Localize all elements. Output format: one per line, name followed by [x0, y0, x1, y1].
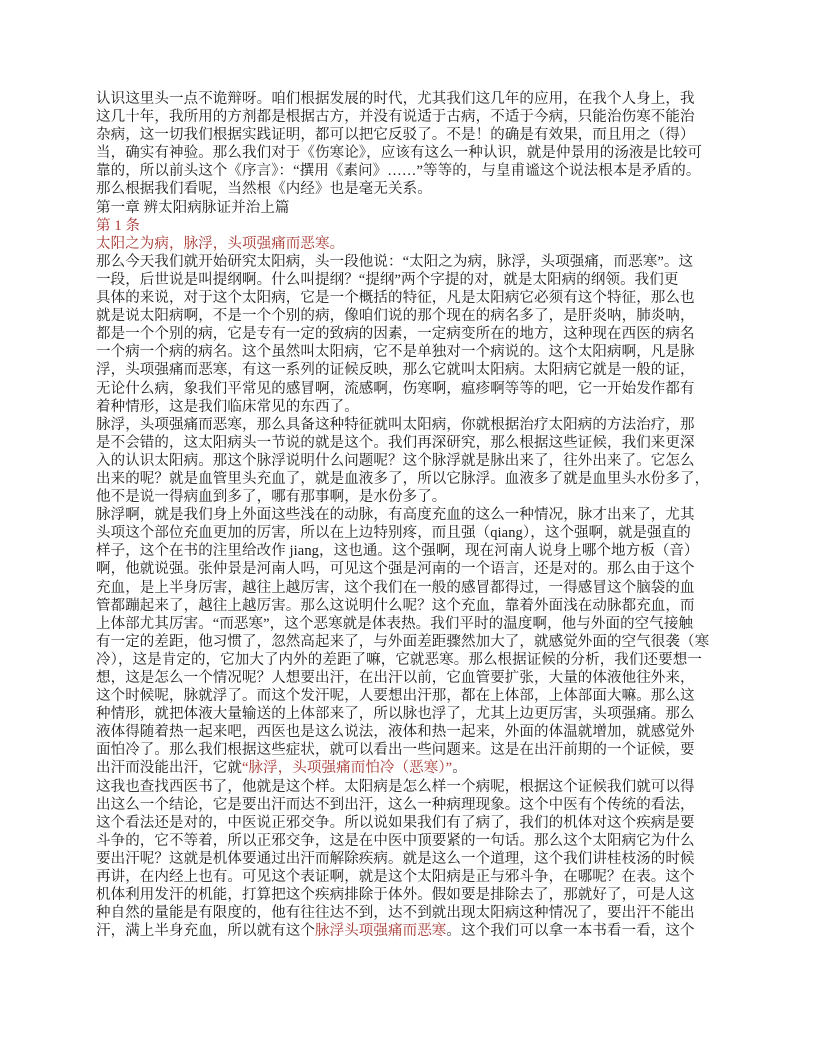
text-line: 入的认识太阳病。那这个脉浮说明什么问题呢？这个脉浮就是脉出来了，往外出来了。它怎…: [96, 452, 730, 470]
text-segment: 有一定的差距，他习惯了，忽然高起来了，与外面差距骤然加大了，就感觉外面的空气很袭…: [96, 634, 709, 650]
text-segment: 这几十年，我所用的方剂都是根据古方，并没有说适于古病，不适于今病，只能治伤寒不能…: [96, 109, 695, 125]
text-line: 他不是说一得病血到多了，哪有那事啊，是水份多了。: [96, 488, 730, 506]
text-line: 出来的呢？就是血管里头充血了，就是血液多了，所以它脉浮。血液多了就是血里头水份多…: [96, 470, 730, 488]
text-line: 就是说太阳病啊，不是一个个别的病，像咱们说的那个现在的病名多了，是肝炎呐，肺炎呐…: [96, 307, 730, 325]
document-page: 认识这里头一点不诡辩呀。咱们根据发展的时代，尤其我们这几年的应用，在我个人身上，…: [0, 0, 816, 1056]
text-segment: 种情形，就把体液大量输送的上体部来了，所以脉也浮了，尤其上边更厉害，头项强痛。那…: [96, 706, 695, 722]
text-line: 头项这个部位充血更加的厉害，所以在上边特别疼，而且强（qiang），这个强啊，就…: [96, 524, 730, 542]
paragraph-maifu-mechanism: 脉浮啊，就是我们身上外面这些浅在的动脉，有高度充血的这么一种情况，脉才出来了，尤…: [96, 506, 730, 777]
text-line: 靠的，所以前头这个《序言》：“撰用《素问》……”等等的，与皇甫谧这个说法根本是矛…: [96, 162, 730, 180]
text-line: 机体利用发汗的机能，打算把这个疾病排除于体外。假如要是排除去了，那就好了，可是人…: [96, 886, 730, 904]
text-line: 一段，后世说是叫提纲啊。什么叫提纲？“提纲”两个字提的对，就是太阳病的纲领。我们…: [96, 271, 730, 289]
text-line: 这个看法还是对的，中医说正邪交争。所以说如果我们有了病了，我们的机体对这个疾病是…: [96, 814, 730, 832]
text-line: 浮，头项强痛而恶寒，有这一系列的证候反映，那么它就叫太阳病。太阳病它就是一般的证…: [96, 361, 730, 379]
article-number: 第 1 条: [96, 217, 730, 235]
text-segment: 他不是说一得病血到多了，哪有那事啊，是水份多了。: [96, 489, 446, 505]
text-line: 这几十年，我所用的方剂都是根据古方，并没有说适于古病，不适于今病，只能治伤寒不能…: [96, 108, 730, 126]
text-segment: 管都蹦起来了，越往上越厉害。那么这说明什么呢？这个充血，靠着外面浅在动脉都充血，…: [96, 598, 695, 614]
text-segment: 想，这是怎么一个情况呢？人想要出汗，在出汗以前，它血管要扩张，大量的体液他往外来…: [96, 670, 695, 686]
highlighted-text-segment: 太阳之为病，脉浮，头项强痛而恶寒。: [96, 236, 344, 252]
highlighted-text-segment: 第 1 条: [96, 218, 140, 234]
text-line: 有一定的差距，他习惯了，忽然高起来了，与外面差距骤然加大了，就感觉外面的空气很袭…: [96, 633, 730, 651]
text-line: 种情形，就把体液大量输送的上体部来了，所以脉也浮了，尤其上边更厉害，头项强痛。那…: [96, 705, 730, 723]
chapter-heading: 第一章 辨太阳病脉证并治上篇: [96, 199, 730, 217]
text-segment: 就是说太阳病啊，不是一个个别的病，像咱们说的那个现在的病名多了，是肝炎呐，肺炎呐…: [96, 308, 695, 324]
text-segment: 。: [452, 760, 467, 776]
text-line: 都是一个个别的病，它是专有一定的致病的因素，一定病变所在的地方，这种现在西医的病…: [96, 325, 730, 343]
text-segment: 出来的呢？就是血管里头充血了，就是血液多了，所以它脉浮。血液多了就是血里头水份多…: [96, 471, 709, 487]
text-segment: 当，确实有神验。那么我们对于《伤寒论》，应该有这么一种认识，就是仲景用的汤液是比…: [96, 145, 702, 161]
text-line: 一个病一个病的病名。这个虽然叫太阳病，它不是单独对一个病说的。这个太阳病啊，凡是…: [96, 343, 730, 361]
text-line: 脉浮，头项强痛而恶寒，那么具备这种特征就叫太阳病，你就根据治疗太阳病的方法治疗，…: [96, 416, 730, 434]
text-line: 想，这是怎么一个情况呢？人想要出汗，在出汗以前，它血管要扩张，大量的体液他往外来…: [96, 669, 730, 687]
highlighted-text-segment: “脉浮，头项强痛而怕冷（恶寒）”: [242, 760, 452, 776]
text-segment: 脉浮啊，就是我们身上外面这些浅在的动脉，有高度充血的这么一种情况，脉才出来了，尤…: [96, 507, 695, 523]
text-segment: 种自然的量能是有限度的，他有往往达不到，达不到就出现太阳病这种情况了，要出汗不能…: [96, 905, 695, 921]
document-content: 认识这里头一点不诡辩呀。咱们根据发展的时代，尤其我们这几年的应用，在我个人身上，…: [96, 90, 730, 940]
paragraph-tigang: 那么今天我们就开始研究太阳病，头一段他说：“太阳之为病，脉浮，头项强痛，而恶寒”…: [96, 253, 730, 416]
text-segment: 第一章 辨太阳病脉证并治上篇: [96, 200, 290, 216]
text-segment: 那么今天我们就开始研究太阳病，头一段他说：“太阳之为病，脉浮，头项强痛，而恶寒”…: [96, 254, 693, 270]
text-segment: 都是一个个别的病，它是专有一定的致病的因素，一定病变所在的地方，这种现在西医的病…: [96, 326, 695, 342]
text-line: 面怕冷了。那么我们根据这些症状，就可以看出一些问题来。这是在出汗前期的一个证候，…: [96, 741, 730, 759]
text-segment: 一个病一个病的病名。这个虽然叫太阳病，它不是单独对一个病说的。这个太阳病啊，凡是…: [96, 344, 695, 360]
text-line: 汗，满上半身充血，所以就有这个脉浮头项强痛而恶寒。这个我们可以拿一本书看一看，这…: [96, 922, 730, 940]
text-line: 那么根据我们看呢，当然根《内经》也是毫无关系。: [96, 180, 730, 198]
text-line: 具体的来说，对于这个太阳病，它是一个概括的特征，凡是太阳病它必须有这个特征，那么…: [96, 289, 730, 307]
text-line: 这我也查找西医书了，他就是这个样。太阳病是怎么样一个病呢，根据这个证候我们就可以…: [96, 778, 730, 796]
text-segment: 液体得随着热一起来吧，西医也是这么说法，液体和热一起来，外面的体温就增加，就感觉…: [96, 724, 695, 740]
text-line: 斗争的，它不等着，所以正邪交争，这是在中医中顶要紧的一句话。那么这个太阳病它为什…: [96, 832, 730, 850]
text-line: 无论什么病，象我们平常见的感冒啊，流感啊，伤寒啊，瘟疹啊等等的吧，它一开始发作都…: [96, 380, 730, 398]
text-segment: 无论什么病，象我们平常见的感冒啊，流感啊，伤寒啊，瘟疹啊等等的吧，它一开始发作都…: [96, 381, 695, 397]
text-segment: 斗争的，它不等着，所以正邪交争，这是在中医中顶要紧的一句话。那么这个太阳病它为什…: [96, 833, 695, 849]
text-segment: 汗，满上半身充血，所以就有这个: [96, 923, 315, 939]
text-line: 上体部尤其厉害。“而恶寒”，这个恶寒就是体表热。我们平时的温度啊，他与外面的空气…: [96, 615, 730, 633]
text-line: 杂病，这一切我们根据实践证明，都可以把它反驳了。不是！的确是有效果，而且用之（得…: [96, 126, 730, 144]
text-line: 再讲，在内经上也有。可见这个表证啊，就是这个太阳病是正与邪斗争，在哪呢？在表。这…: [96, 868, 730, 886]
text-segment: 啊，他就说强。张仲景是河南人吗，可见这个强是河南的一个语言，还是对的。那么由于这…: [96, 561, 695, 577]
text-segment: 那么根据我们看呢，当然根《内经》也是毫无关系。: [96, 181, 432, 197]
text-line: 是不会错的，这太阳病头一节说的就是这个。我们再深研究，那么根据这些证候，我们来更…: [96, 434, 730, 452]
text-line: 冷），这是肯定的，它加大了内外的差距了嘛，它就恶寒。那么根据证候的分析，我们还要…: [96, 651, 730, 669]
text-segment: 靠的，所以前头这个《序言》：“撰用《素问》……”等等的，与皇甫谧这个说法根本是矛…: [96, 163, 700, 179]
text-segment: 着种情形，这是我们临床常见的东西了。: [96, 399, 359, 415]
article-original-text: 太阳之为病，脉浮，头项强痛而恶寒。: [96, 235, 730, 253]
text-segment: 出这么一个结论，它是要出汗而达不到出汗，这么一种病理现象。这个中医有个传统的看法…: [96, 797, 695, 813]
text-line: 第一章 辨太阳病脉证并治上篇: [96, 199, 730, 217]
text-segment: 出汗而没能出汗，它就: [96, 760, 242, 776]
text-segment: 面怕冷了。那么我们根据这些症状，就可以看出一些问题来。这是在出汗前期的一个证候，…: [96, 742, 695, 758]
text-segment: 这我也查找西医书了，他就是这个样。太阳病是怎么样一个病呢，根据这个证候我们就可以…: [96, 779, 695, 795]
text-line: 认识这里头一点不诡辩呀。咱们根据发展的时代，尤其我们这几年的应用，在我个人身上，…: [96, 90, 730, 108]
paragraph-intro: 认识这里头一点不诡辩呀。咱们根据发展的时代，尤其我们这几年的应用，在我个人身上，…: [96, 90, 730, 199]
text-segment: 具体的来说，对于这个太阳病，它是一个概括的特征，凡是太阳病它必须有这个特征，那么…: [96, 290, 695, 306]
text-line: 要出汗呢？这就是机体要通过出汗而解除疾病。就是这么一个道理，这个我们讲桂枝汤的时…: [96, 850, 730, 868]
text-segment: 这个看法还是对的，中医说正邪交争。所以说如果我们有了病了，我们的机体对这个疾病是…: [96, 815, 695, 831]
text-segment: 脉浮，头项强痛而恶寒，那么具备这种特征就叫太阳病，你就根据治疗太阳病的方法治疗，…: [96, 417, 695, 433]
text-line: 啊，他就说强。张仲景是河南人吗，可见这个强是河南的一个语言，还是对的。那么由于这…: [96, 560, 730, 578]
text-segment: 。这个我们可以拿一本书看一看，这个: [446, 923, 694, 939]
text-line: 脉浮啊，就是我们身上外面这些浅在的动脉，有高度充血的这么一种情况，脉才出来了，尤…: [96, 506, 730, 524]
text-segment: 是不会错的，这太阳病头一节说的就是这个。我们再深研究，那么根据这些证候，我们来更…: [96, 435, 695, 451]
text-segment: 浮，头项强痛而恶寒，有这一系列的证候反映，那么它就叫太阳病。太阳病它就是一般的证…: [96, 362, 695, 378]
text-segment: 这个时候呢，脉就浮了。而这个发汗呢，人要想出汗那，都在上体部，上体部面大嘛。那么…: [96, 688, 695, 704]
text-line: 当，确实有神验。那么我们对于《伤寒论》，应该有这么一种认识，就是仲景用的汤液是比…: [96, 144, 730, 162]
text-segment: 要出汗呢？这就是机体要通过出汗而解除疾病。就是这么一个道理，这个我们讲桂枝汤的时…: [96, 851, 695, 867]
text-line: 出这么一个结论，它是要出汗而达不到出汗，这么一种病理现象。这个中医有个传统的看法…: [96, 796, 730, 814]
text-line: 太阳之为病，脉浮，头项强痛而恶寒。: [96, 235, 730, 253]
text-line: 第 1 条: [96, 217, 730, 235]
text-segment: 再讲，在内经上也有。可见这个表证啊，就是这个太阳病是正与邪斗争，在哪呢？在表。这…: [96, 869, 695, 885]
text-line: 这个时候呢，脉就浮了。而这个发汗呢，人要想出汗那，都在上体部，上体部面大嘛。那么…: [96, 687, 730, 705]
text-line: 种自然的量能是有限度的，他有往往达不到，达不到就出现太阳病这种情况了，要出汗不能…: [96, 904, 730, 922]
text-segment: 杂病，这一切我们根据实践证明，都可以把它反驳了。不是！的确是有效果，而且用之（得…: [96, 127, 695, 143]
text-line: 液体得随着热一起来吧，西医也是这么说法，液体和热一起来，外面的体温就增加，就感觉…: [96, 723, 730, 741]
paragraph-western-medicine: 这我也查找西医书了，他就是这个样。太阳病是怎么样一个病呢，根据这个证候我们就可以…: [96, 778, 730, 941]
text-segment: 充血，是上半身厉害，越往上越厉害，这个我们在一般的感冒都得过，一得感冒这个脑袋的…: [96, 580, 695, 596]
highlighted-text-segment: 脉浮头项强痛而恶寒: [315, 923, 446, 939]
paragraph-maifu-analysis: 脉浮，头项强痛而恶寒，那么具备这种特征就叫太阳病，你就根据治疗太阳病的方法治疗，…: [96, 416, 730, 506]
text-segment: 入的认识太阳病。那这个脉浮说明什么问题呢？这个脉浮就是脉出来了，往外出来了。它怎…: [96, 453, 695, 469]
text-segment: 头项这个部位充血更加的厉害，所以在上边特别疼，而且强（qiang），这个强啊，就…: [96, 525, 691, 541]
text-segment: 一段，后世说是叫提纲啊。什么叫提纲？“提纲”两个字提的对，就是太阳病的纲领。我们…: [96, 272, 678, 288]
text-segment: 认识这里头一点不诡辩呀。咱们根据发展的时代，尤其我们这几年的应用，在我个人身上，…: [96, 91, 695, 107]
text-line: 管都蹦起来了，越往上越厉害。那么这说明什么呢？这个充血，靠着外面浅在动脉都充血，…: [96, 597, 730, 615]
text-segment: 上体部尤其厉害。“而恶寒”，这个恶寒就是体表热。我们平时的温度啊，他与外面的空气…: [96, 616, 693, 632]
text-line: 着种情形，这是我们临床常见的东西了。: [96, 398, 730, 416]
text-segment: 机体利用发汗的机能，打算把这个疾病排除于体外。假如要是排除去了，那就好了，可是人…: [96, 887, 695, 903]
text-line: 出汗而没能出汗，它就“脉浮，头项强痛而怕冷（恶寒）”。: [96, 759, 730, 777]
text-line: 充血，是上半身厉害，越往上越厉害，这个我们在一般的感冒都得过，一得感冒这个脑袋的…: [96, 579, 730, 597]
text-segment: 冷），这是肯定的，它加大了内外的差距了嘛，它就恶寒。那么根据证候的分析，我们还要…: [96, 652, 702, 668]
text-line: 样子，这个在书的注里给改作 jiang，这也通。这个强啊，现在河南人说身上哪个地…: [96, 542, 730, 560]
text-line: 那么今天我们就开始研究太阳病，头一段他说：“太阳之为病，脉浮，头项强痛，而恶寒”…: [96, 253, 730, 271]
text-segment: 样子，这个在书的注里给改作 jiang，这也通。这个强啊，现在河南人说身上哪个地…: [96, 543, 699, 559]
